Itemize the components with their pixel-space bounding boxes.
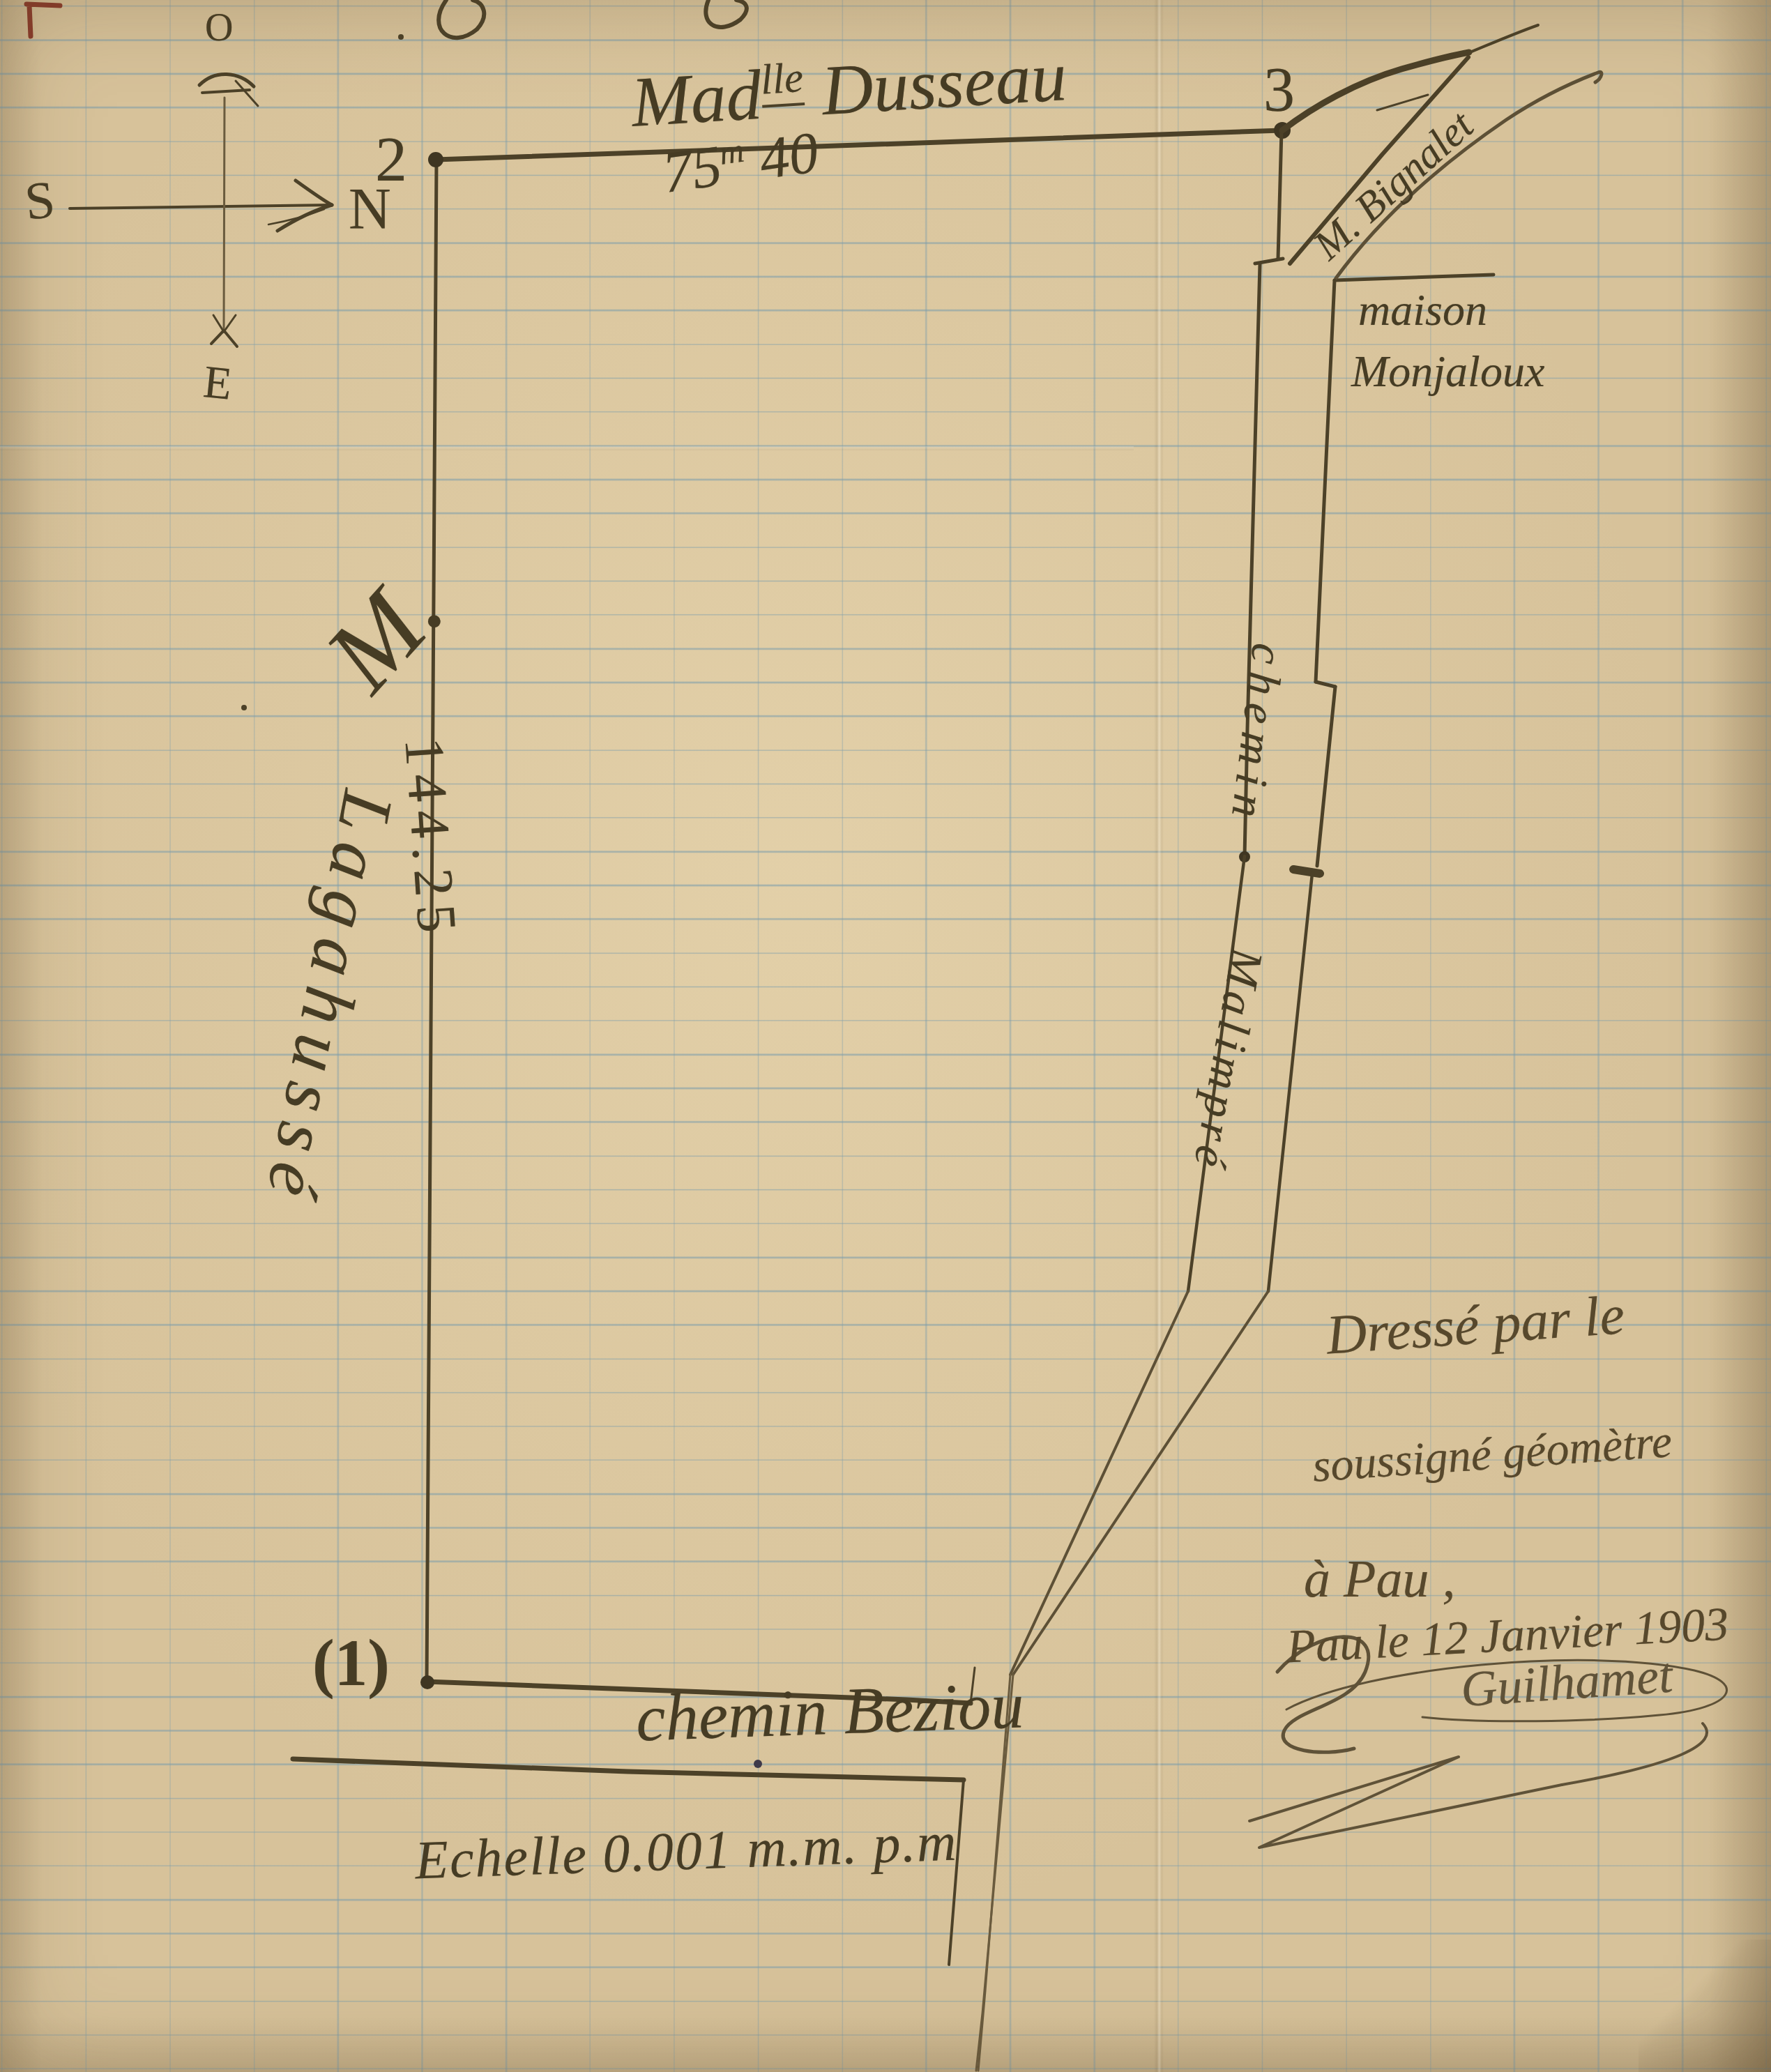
top-cutoff-loop-1 bbox=[439, 0, 484, 38]
top-cutoff-loop-2 bbox=[706, 0, 747, 27]
signature-curl bbox=[1562, 1723, 1707, 1785]
road-right-edge-2 bbox=[1317, 687, 1335, 866]
maison-north-wall bbox=[1335, 275, 1493, 280]
ink-drawing bbox=[0, 0, 1771, 2072]
compass-west-east-axis bbox=[224, 98, 225, 332]
bignalet-underline-squiggle bbox=[1468, 25, 1538, 53]
road-left-edge-3 bbox=[1010, 1291, 1188, 1675]
bignalet-underline-stroke bbox=[1377, 95, 1428, 110]
compass-south-north-axis bbox=[70, 205, 330, 208]
survey-sketch-page: O S N E 2 3 (1) Madlle Dusseau 75m 40 M.… bbox=[0, 0, 1771, 2072]
survey-point-1-dot bbox=[420, 1675, 434, 1689]
point3-vertical-connector bbox=[1278, 130, 1282, 259]
road-right-edge-4 bbox=[1013, 1291, 1268, 1675]
ink-speck-2 bbox=[241, 705, 247, 710]
compass-north-arrowhead-upper bbox=[296, 181, 332, 205]
compass-west-fletching-tick bbox=[236, 81, 258, 106]
road-right-thick-tick bbox=[1293, 869, 1320, 874]
compass-arrowhead-extra-stroke bbox=[268, 209, 324, 224]
ink-speck-3 bbox=[398, 34, 404, 40]
maison-label-line2: Monjaloux bbox=[1351, 346, 1544, 397]
bottom-right-corner-fold bbox=[1639, 1940, 1771, 2072]
compass-east-fletching-a bbox=[211, 330, 237, 346]
north-length-decimal: 40 bbox=[755, 120, 822, 192]
ink-speck-1 bbox=[754, 1760, 762, 1768]
north-length-unit: m bbox=[717, 131, 746, 172]
point-2-label: 2 bbox=[375, 122, 407, 196]
signature-zigzag-underline bbox=[1249, 1757, 1562, 1848]
road-right-edge-3 bbox=[1268, 874, 1312, 1291]
survey-point-2-dot bbox=[428, 152, 443, 167]
point-3-label: 3 bbox=[1263, 54, 1295, 126]
point-1-label: (1) bbox=[312, 1624, 390, 1701]
parcel-north-boundary bbox=[436, 130, 1282, 160]
compass-south-label: S bbox=[22, 169, 58, 233]
north-owner-superscript: lle bbox=[759, 54, 805, 108]
archive-mark-fragment bbox=[26, 4, 60, 36]
compass-east-label: E bbox=[201, 356, 234, 411]
maison-label-line1: maison bbox=[1358, 284, 1487, 336]
compass-west-fletching-bar bbox=[202, 90, 250, 93]
road-right-jog-1 bbox=[1316, 682, 1335, 687]
road-right-edge-1 bbox=[1316, 280, 1335, 682]
north-length-value: 75 bbox=[659, 133, 726, 206]
north-owner-name: Dusseau bbox=[802, 37, 1069, 132]
south-road-label: chemin Beziou bbox=[634, 1666, 1025, 1756]
attestation-line3: à Pau , bbox=[1304, 1549, 1455, 1610]
compass-west-fletching-arc bbox=[199, 74, 254, 86]
beziou-road-north-edge bbox=[293, 1759, 964, 1780]
compass-west-label: O bbox=[205, 6, 233, 50]
